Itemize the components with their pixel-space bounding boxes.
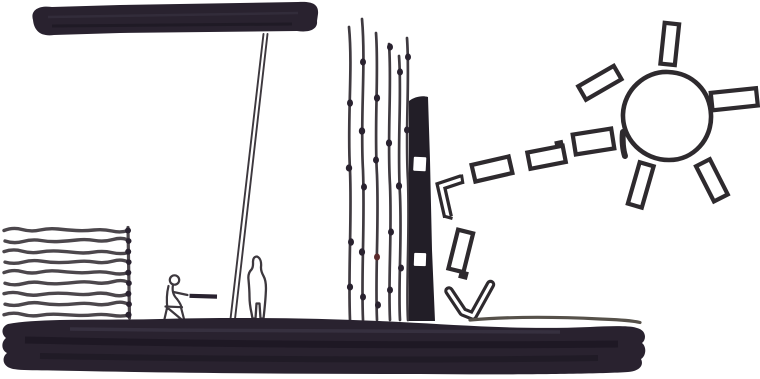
- cable: [389, 44, 391, 320]
- water-line: [4, 271, 128, 274]
- water-line: [4, 292, 128, 295]
- water-line: [4, 228, 128, 231]
- sun-ray: [578, 66, 621, 100]
- water-line: [5, 238, 128, 242]
- canopy-shape: [32, 2, 318, 36]
- deflection-elbow: [441, 175, 463, 219]
- water-line: [5, 260, 128, 263]
- cable-screen: [346, 19, 411, 320]
- column-shape: [409, 96, 435, 321]
- sketch-canvas: [0, 0, 760, 379]
- sun-ray: [628, 162, 654, 207]
- down-arrow-icon: [449, 285, 491, 317]
- water-line: [4, 313, 128, 316]
- water-line: [5, 302, 128, 305]
- beam-dash: [448, 230, 473, 273]
- chair-front-leg: [181, 308, 184, 320]
- seated-person-head: [170, 275, 179, 284]
- beam-dash: [472, 156, 513, 181]
- sun-ray: [660, 23, 679, 65]
- chair-rear-leg: [165, 308, 168, 319]
- sun-beam: [441, 129, 614, 316]
- water-surface-lines: [4, 228, 132, 319]
- red-bead: [374, 253, 380, 260]
- elbow-cap: [462, 175, 464, 185]
- ground-top-thin-line: [470, 317, 640, 322]
- beam-dash: [527, 146, 565, 169]
- canopy-shadow-streak: [52, 24, 292, 26]
- seated-person-arm: [174, 292, 188, 295]
- table: [190, 296, 218, 297]
- water-line: [5, 281, 128, 285]
- cable: [376, 33, 378, 320]
- cable: [407, 38, 409, 320]
- ground-strip: [2, 317, 645, 374]
- sun-disc: [623, 72, 711, 160]
- elbow-cap: [444, 216, 453, 219]
- standing-person: [248, 257, 266, 319]
- sun-ray: [711, 88, 758, 110]
- chair-seat: [166, 307, 183, 308]
- sun-ray: [696, 159, 728, 201]
- column-notch: [413, 157, 426, 172]
- seated-person: [165, 275, 188, 319]
- canopy-roof: [32, 2, 318, 36]
- sketch-page: [0, 0, 760, 379]
- ground-streak-dark: [40, 356, 598, 359]
- cable: [349, 27, 351, 320]
- column: [409, 96, 435, 321]
- chair-brace: [169, 309, 181, 319]
- sun-icon: [578, 23, 758, 208]
- sun-disc-thick-edge: [623, 132, 625, 156]
- beam-dash: [573, 129, 615, 155]
- water-line: [4, 250, 128, 254]
- column-notch: [414, 253, 426, 266]
